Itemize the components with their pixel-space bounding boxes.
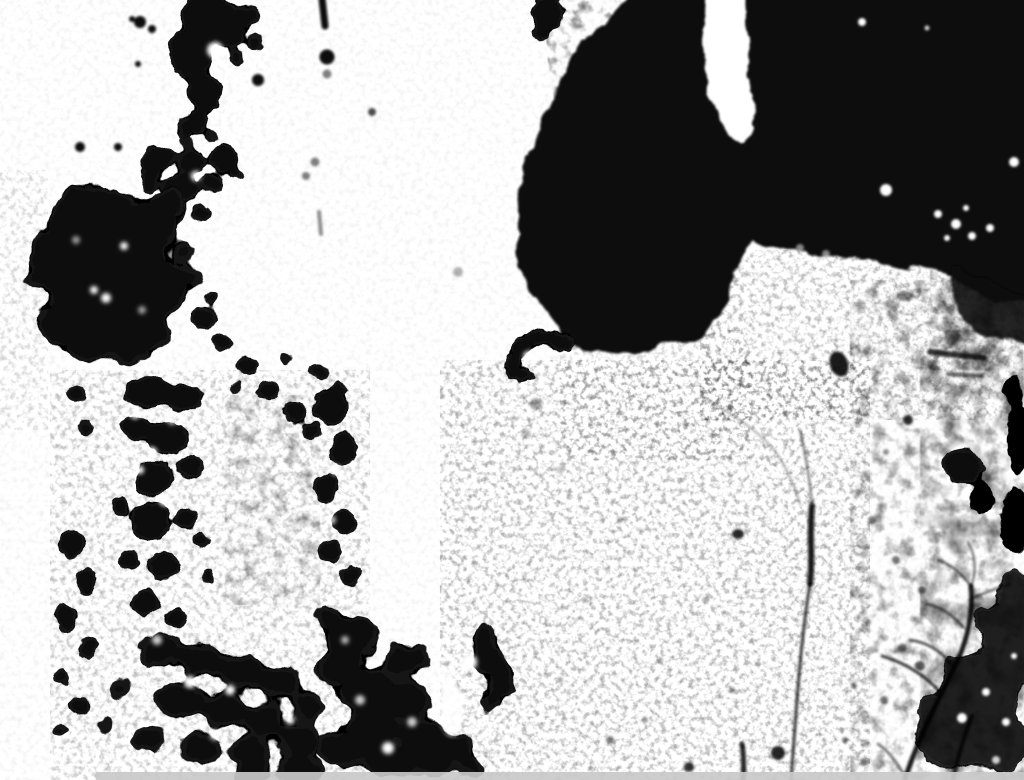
blob: [292, 692, 328, 720]
blob: [136, 460, 172, 496]
white-hole: [156, 586, 164, 594]
blob: [969, 481, 995, 515]
blob: [122, 417, 150, 439]
blob: [319, 541, 341, 563]
dot: [129, 16, 135, 22]
white-hole: [207, 42, 223, 58]
blob: [179, 117, 191, 133]
dot: [855, 409, 861, 415]
white-hole: [147, 447, 157, 457]
white-fleck: [982, 688, 990, 696]
white-fleck: [968, 232, 976, 240]
white-hole: [328, 516, 336, 524]
blob: [61, 528, 83, 560]
blob: [229, 167, 243, 181]
white-hole: [407, 717, 417, 727]
dotted-line-dash: [322, 0, 325, 26]
dot: [135, 61, 141, 67]
dot: [148, 25, 156, 33]
dot: [868, 516, 876, 524]
blob: [79, 637, 97, 659]
dotted-line-dot: [311, 158, 319, 166]
white-hole: [201, 621, 209, 629]
blob: [212, 333, 232, 351]
white-hole: [167, 415, 177, 425]
blob: [180, 644, 220, 676]
blob: [177, 151, 207, 173]
dot: [368, 108, 376, 116]
blob: [231, 382, 243, 394]
blob: [342, 670, 394, 710]
blob: [132, 726, 168, 754]
dot: [892, 556, 900, 564]
blob: [191, 532, 209, 548]
blob: [70, 340, 110, 364]
photo-viewport: [0, 0, 1024, 780]
blob: [201, 175, 223, 193]
blob: [182, 269, 202, 287]
white-hole: [131, 411, 139, 419]
white-hole: [184, 676, 196, 688]
blob: [108, 680, 132, 700]
dot: [729, 687, 735, 693]
blob: [124, 376, 172, 408]
blob: [236, 356, 260, 376]
white-channel: [438, 666, 454, 694]
blob: [71, 697, 89, 715]
hook-white-notch: [523, 351, 535, 363]
white-hole: [136, 466, 144, 474]
dot: [883, 449, 889, 455]
blob: [314, 608, 346, 632]
blob: [142, 146, 174, 170]
dot: [860, 758, 868, 766]
dot: [557, 677, 563, 683]
blob: [166, 385, 202, 411]
blob: [332, 509, 356, 535]
blob: [278, 724, 322, 756]
blob: [1002, 374, 1022, 406]
blob: [206, 130, 218, 142]
blob: [77, 568, 95, 596]
white-fleck: [1009, 157, 1019, 167]
blob: [156, 682, 204, 718]
blob: [193, 202, 211, 222]
blob: [141, 167, 159, 193]
figure-blob-body: [489, 672, 515, 700]
white-hole: [341, 636, 349, 644]
white-hole: [101, 293, 111, 303]
white-fleck: [957, 713, 967, 723]
blob: [532, 24, 548, 40]
white-fleck: [1002, 718, 1010, 726]
blob: [120, 550, 140, 570]
dot: [702, 597, 708, 603]
white-fleck: [925, 26, 930, 31]
white-hole: [225, 685, 235, 695]
white-hole: [285, 715, 295, 725]
white-hole: [382, 742, 394, 754]
blob: [130, 504, 170, 540]
blob: [437, 733, 473, 757]
blob: [245, 704, 285, 736]
dot: [617, 517, 623, 523]
blob: [942, 449, 984, 483]
blob: [331, 382, 349, 398]
horizontal-dash: [948, 374, 982, 376]
bottom-light-strip: [96, 772, 1024, 780]
blob: [55, 603, 77, 633]
blob: [132, 590, 160, 614]
dotted-line-dash: [319, 212, 321, 234]
dot: [556, 466, 564, 474]
blob: [112, 342, 148, 362]
white-fleck: [934, 210, 942, 218]
blob: [260, 666, 300, 698]
blob: [189, 110, 207, 134]
blob: [24, 272, 40, 288]
blob: [258, 381, 278, 399]
blob: [234, 5, 258, 27]
white-hole: [256, 696, 264, 704]
blob: [177, 457, 203, 479]
figure-blob-body: [470, 641, 486, 655]
dot: [252, 74, 264, 86]
blob: [218, 656, 262, 688]
blob: [165, 607, 187, 629]
blob: [247, 34, 265, 50]
white-hole: [165, 720, 175, 730]
white-fleck: [944, 235, 950, 241]
white-hole: [120, 242, 128, 250]
white-fleck: [963, 205, 969, 211]
blob: [309, 364, 327, 380]
dot: [865, 619, 871, 625]
dot: [896, 291, 914, 301]
blob: [340, 566, 360, 586]
white-hole: [355, 695, 365, 705]
blob: [189, 72, 221, 112]
blob: [193, 308, 217, 328]
blob: [522, 369, 536, 379]
white-hole: [235, 635, 245, 645]
white-fleck: [992, 756, 1000, 764]
dot: [842, 737, 848, 743]
blob: [331, 432, 357, 464]
dot: [771, 746, 785, 760]
white-fleck: [796, 244, 804, 252]
blob: [95, 716, 115, 734]
dot: [530, 398, 542, 410]
blob: [30, 230, 50, 246]
blob: [130, 260, 186, 316]
dot: [302, 172, 310, 180]
white-fleck: [858, 18, 866, 26]
figure-blob-body: [478, 695, 498, 713]
blob: [175, 509, 197, 527]
dot: [582, 597, 588, 603]
white-hole: [210, 730, 220, 740]
white-hole: [90, 286, 98, 294]
blob: [974, 606, 1006, 634]
blob: [404, 644, 432, 668]
dot: [915, 661, 925, 671]
blob: [181, 136, 195, 148]
blob: [78, 420, 94, 436]
blob: [66, 385, 86, 403]
white-hole: [461, 654, 477, 670]
dot: [684, 762, 694, 772]
dot: [880, 696, 888, 704]
white-fleck: [822, 250, 830, 258]
blob: [398, 720, 442, 752]
blob: [174, 242, 198, 262]
blob: [111, 497, 129, 515]
white-hole: [138, 306, 146, 314]
dotted-line-dot: [323, 70, 331, 78]
white-hole: [72, 236, 80, 244]
dot: [851, 683, 857, 689]
white-hole: [152, 635, 162, 645]
dot: [521, 429, 531, 439]
white-fleck: [880, 184, 892, 196]
blob: [386, 682, 430, 718]
blob: [279, 352, 293, 364]
blob: [200, 568, 216, 584]
dot: [903, 415, 913, 425]
dot: [732, 529, 744, 539]
white-fleck: [951, 219, 961, 229]
blob: [170, 26, 210, 78]
blob: [202, 289, 218, 303]
dot: [75, 142, 85, 152]
photo-canvas: [0, 0, 1024, 780]
dot: [606, 736, 614, 744]
blob: [36, 309, 52, 323]
blob: [303, 422, 321, 438]
blob: [203, 694, 247, 726]
blob: [316, 732, 364, 768]
white-hole: [191, 171, 201, 181]
dotted-line-dot: [320, 50, 334, 64]
dot: [453, 267, 463, 277]
blob: [150, 188, 186, 220]
white-hole: [171, 540, 181, 550]
blob: [53, 723, 67, 737]
white-fleck: [1011, 653, 1017, 659]
blob: [503, 351, 521, 369]
blob: [54, 670, 70, 686]
thin-vertical-line: [810, 506, 812, 584]
white-fleck: [767, 247, 777, 257]
dot: [134, 16, 146, 28]
white-fleck: [986, 224, 994, 232]
white-hole: [331, 465, 341, 475]
blob: [228, 51, 244, 65]
dot: [918, 586, 926, 594]
white-hole: [159, 494, 171, 506]
blob: [230, 738, 270, 766]
dot: [657, 657, 663, 663]
dot: [898, 644, 906, 652]
dot: [114, 143, 122, 151]
dot: [642, 717, 648, 723]
blob: [313, 474, 339, 502]
blob: [148, 552, 180, 580]
blob: [283, 402, 307, 422]
